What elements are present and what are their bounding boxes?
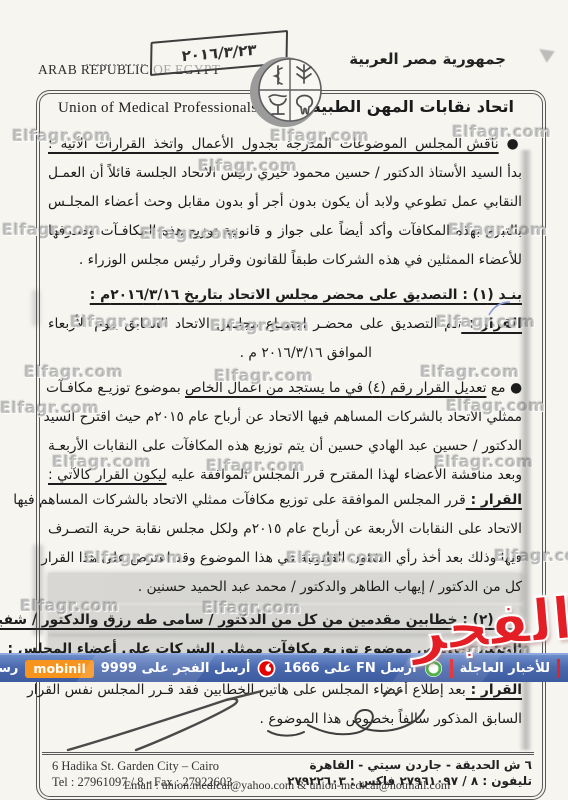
document-text-line: ● ناقش المجلس الموضوعات المدرجة بجدول ال… — [48, 130, 522, 159]
text-segment: النقابي عمل تطوعي ولابد أن يكون بدون أجر… — [48, 194, 522, 210]
text-segment: ● مع — [486, 380, 522, 396]
address-en: 6 Hadika St. Garden City – Cairo — [52, 758, 232, 774]
text-segment: بالتبرع بهذه المكافآت وأكد أيضاً على جوا… — [48, 223, 522, 239]
text-segment: بموضوع توزيـع مكافـآت — [46, 380, 185, 396]
sms-instruction-empty: رسالة فاضية لـ 4529 — [0, 661, 18, 676]
handwritten-signature — [262, 686, 434, 750]
section-decision-2: القرار : قرر المجلس الموافقة على توزيع م… — [48, 486, 522, 602]
paragraph-proposal: ● مع تعديل القرار رقم (٤) في ما يستجد من… — [48, 374, 522, 490]
document-text-line: للأعضاء الممثلين في هذه الشركات طبقاً لل… — [48, 246, 522, 275]
footer-email-line: Email : union.medical@yahoo.com & union-… — [36, 778, 538, 793]
document-text-line: النقابي عمل تطوعي ولابد أن يكون بدون أجر… — [48, 188, 522, 217]
text-segment: الدكتور / حسين عبد الهادي حسين أن يتم تو… — [48, 438, 522, 454]
country-name-ar: جمهورية مصر العربية — [349, 50, 506, 68]
address-ar: ٦ ش الحديقة - جاردن سيتي - القاهرة — [287, 757, 532, 773]
text-segment: فيها وذلك بعد أخذ رأي الشئون القانونية ف… — [41, 550, 522, 566]
handwritten-scribble — [58, 688, 276, 758]
text-segment: الاتحاد على النقابات الأربعة عن أرباح عا… — [48, 521, 522, 537]
document-text-line: الدكتور / حسين عبد الهادي حسين أن يتم تو… — [48, 432, 522, 461]
breaking-news-label: للأخبار العاجلة — [460, 661, 550, 676]
paragraph-opening: ● ناقش المجلس الموضوعات المدرجة بجدول ال… — [48, 130, 522, 275]
pen-check-mark — [486, 298, 514, 320]
document-text-line: بالتبرع بهذه المكافآت وأكد أيضاً على جوا… — [48, 217, 522, 246]
text-segment: ممثلي الاتحاد بالشركات المساهم فيها الات… — [43, 409, 522, 425]
section-item-1: بنـد (١) : التصديق على محضر مجلس الاتحاد… — [48, 281, 522, 368]
text-segment: بنـد (١) : التصديق على محضر مجلس الاتحاد… — [90, 287, 522, 303]
text-segment: القرار : — [466, 682, 522, 698]
elfagr-newspaper-logo: الفجر — [408, 589, 568, 661]
document-text-line: ممثلي الاتحاد بالشركات المساهم فيها الات… — [48, 403, 522, 432]
red-separator — [557, 659, 560, 678]
text-segment: وبعد مناقشة الأعضاء لهذا المقترح قرر الم… — [167, 467, 522, 483]
text-segment: للأعضاء الممثلين في هذه الشركات طبقاً لل… — [79, 252, 522, 268]
sms-instruction-etisalat: أرسل FN على 1666 — [283, 661, 416, 676]
text-segment: قرر المجلس الموافقة على توزيع مكافآت ممث… — [13, 492, 466, 508]
dotted-line — [86, 64, 146, 66]
scanned-document-page: { "header": { "received_date": "٢٣\u200f… — [0, 0, 568, 800]
document-text-line: ● مع تعديل القرار رقم (٤) في ما يستجد من… — [48, 374, 522, 403]
text-segment: الموافق ١٦‏/‏٣‏/‏٢٠١٦ م . — [240, 345, 372, 361]
document-text-line: القرار : قرر المجلس الموافقة على توزيع م… — [48, 486, 522, 515]
vodafone-icon — [257, 659, 276, 678]
scan-smudge — [33, 545, 43, 635]
document-text-line: بدأ السيد الأستاذ الدكتور / حسين محمود خ… — [48, 159, 522, 188]
text-segment: ليكون القرار كالآتي : — [48, 467, 167, 483]
scan-artifact-mark — [535, 43, 554, 62]
document-text-line: الاتحاد على النقابات الأربعة عن أرباح عا… — [48, 515, 522, 544]
text-segment: تـم التصديق على محضـر اجتمـاع مجلـس الات… — [48, 316, 461, 332]
text-segment: القرار : — [466, 492, 522, 508]
scan-smudge — [32, 290, 40, 326]
document-text-line: القرار : تـم التصديق على محضـر اجتمـاع م… — [48, 310, 522, 339]
text-segment: بدأ السيد الأستاذ الدكتور / حسين محمود خ… — [48, 165, 522, 181]
mobinil-badge: mobinil — [25, 660, 93, 678]
text-segment: ناقش المجلس الموضوعات المدرجة بجدول الأع… — [48, 136, 499, 152]
document-text-line: بنـد (١) : التصديق على محضر مجلس الاتحاد… — [48, 281, 522, 310]
text-segment: تعديل القرار رقم (٤) في ما يستجد من أعما… — [185, 380, 486, 396]
sms-instruction-vodafone: أرسل الفجر على 9999 — [101, 661, 251, 676]
document-text-line: فيها وذلك بعد أخذ رأي الشئون القانونية ف… — [48, 544, 522, 573]
document-text-line: الموافق ١٦‏/‏٣‏/‏٢٠١٦ م . — [48, 339, 372, 368]
medical-union-emblem-icon — [240, 54, 334, 130]
